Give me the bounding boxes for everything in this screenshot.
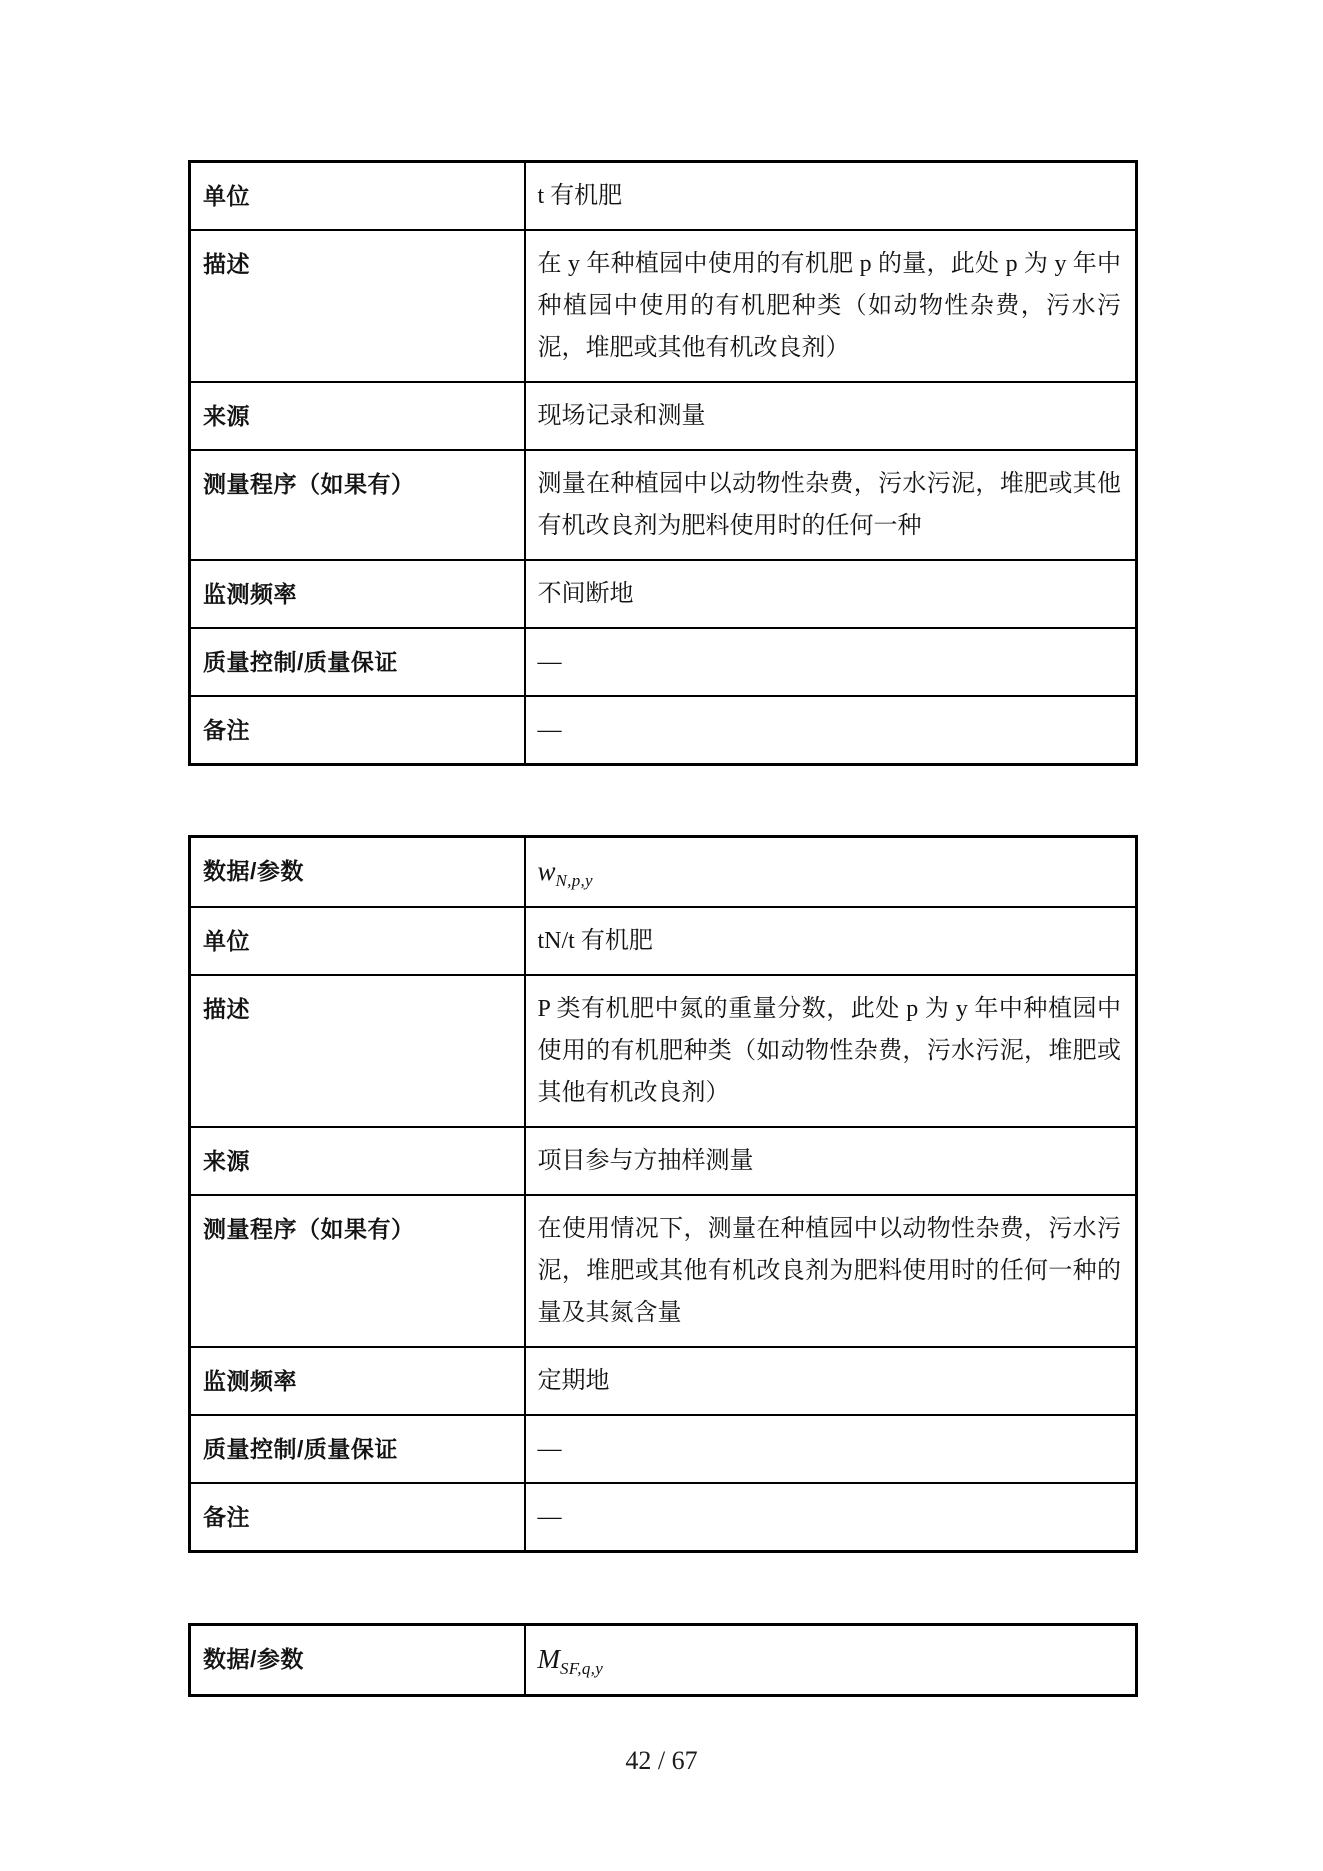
table-row-remarks: 备注 — xyxy=(190,696,1137,765)
row-label-source: 来源 xyxy=(190,382,525,450)
row-label-measurement-procedures: 测量程序（如果有） xyxy=(190,450,525,560)
row-label-remarks: 备注 xyxy=(190,696,525,765)
row-value-unit: tN/t 有机肥 xyxy=(525,907,1137,975)
table-row-source: 来源 现场记录和测量 xyxy=(190,382,1137,450)
row-label-qa-qc: 质量控制/质量保证 xyxy=(190,1415,525,1483)
row-label-unit: 单位 xyxy=(190,162,525,231)
row-value-measurement-procedures: 在使用情况下，测量在种植园中以动物性杂费，污水污泥，堆肥或其他有机改良剂为肥料使… xyxy=(525,1195,1137,1347)
table-row-monitoring-frequency: 监测频率 定期地 xyxy=(190,1347,1137,1415)
row-label-description: 描述 xyxy=(190,975,525,1127)
table-row-qa-qc: 质量控制/质量保证 — xyxy=(190,628,1137,696)
table-row-data-parameter: 数据/参数 MSF,q,y xyxy=(190,1625,1137,1696)
parameter-monitoring-table-1: 单位 t 有机肥 描述 在 y 年种植园中使用的有机肥 p 的量，此处 p 为 … xyxy=(188,160,1138,766)
row-label-source: 来源 xyxy=(190,1127,525,1195)
parameter-symbol-main: M xyxy=(538,1644,561,1674)
table-row-description: 描述 P 类有机肥中氮的重量分数，此处 p 为 y 年中种植园中使用的有机肥种类… xyxy=(190,975,1137,1127)
row-label-monitoring-frequency: 监测频率 xyxy=(190,1347,525,1415)
table-row-unit: 单位 tN/t 有机肥 xyxy=(190,907,1137,975)
row-value-qa-qc: — xyxy=(525,1415,1137,1483)
row-label-data-parameter: 数据/参数 xyxy=(190,1625,525,1696)
row-label-description: 描述 xyxy=(190,230,525,382)
row-value-data-parameter: wN,p,y xyxy=(525,837,1137,908)
table-row-qa-qc: 质量控制/质量保证 — xyxy=(190,1415,1137,1483)
row-label-remarks: 备注 xyxy=(190,1483,525,1552)
table-row-source: 来源 项目参与方抽样测量 xyxy=(190,1127,1137,1195)
table-row-remarks: 备注 — xyxy=(190,1483,1137,1552)
parameter-symbol: wN,p,y xyxy=(538,856,593,886)
table-row-description: 描述 在 y 年种植园中使用的有机肥 p 的量，此处 p 为 y 年中种植园中使… xyxy=(190,230,1137,382)
parameter-symbol: MSF,q,y xyxy=(538,1644,604,1674)
table-row-monitoring-frequency: 监测频率 不间断地 xyxy=(190,560,1137,628)
row-value-measurement-procedures: 测量在种植园中以动物性杂费，污水污泥，堆肥或其他有机改良剂为肥料使用时的任何一种 xyxy=(525,450,1137,560)
row-value-remarks: — xyxy=(525,696,1137,765)
row-value-data-parameter: MSF,q,y xyxy=(525,1625,1137,1696)
row-value-unit: t 有机肥 xyxy=(525,162,1137,231)
row-label-data-parameter: 数据/参数 xyxy=(190,837,525,908)
row-value-source: 现场记录和测量 xyxy=(525,382,1137,450)
row-value-monitoring-frequency: 定期地 xyxy=(525,1347,1137,1415)
table-row-measurement-procedures: 测量程序（如果有） 在使用情况下，测量在种植园中以动物性杂费，污水污泥，堆肥或其… xyxy=(190,1195,1137,1347)
parameter-monitoring-table-2: 数据/参数 wN,p,y 单位 tN/t 有机肥 描述 P 类有机肥中氮的重量分… xyxy=(188,835,1138,1553)
row-label-qa-qc: 质量控制/质量保证 xyxy=(190,628,525,696)
document-page: 单位 t 有机肥 描述 在 y 年种植园中使用的有机肥 p 的量，此处 p 为 … xyxy=(0,0,1323,1871)
table-row-unit: 单位 t 有机肥 xyxy=(190,162,1137,231)
table-row-measurement-procedures: 测量程序（如果有） 测量在种植园中以动物性杂费，污水污泥，堆肥或其他有机改良剂为… xyxy=(190,450,1137,560)
row-value-description: 在 y 年种植园中使用的有机肥 p 的量，此处 p 为 y 年中种植园中使用的有… xyxy=(525,230,1137,382)
parameter-symbol-subscript: SF,q,y xyxy=(560,1659,603,1678)
row-value-description: P 类有机肥中氮的重量分数，此处 p 为 y 年中种植园中使用的有机肥种类（如动… xyxy=(525,975,1137,1127)
parameter-symbol-main: w xyxy=(538,856,556,886)
row-value-monitoring-frequency: 不间断地 xyxy=(525,560,1137,628)
row-label-unit: 单位 xyxy=(190,907,525,975)
page-number: 42 / 67 xyxy=(0,1746,1323,1776)
row-value-remarks: — xyxy=(525,1483,1137,1552)
parameter-monitoring-table-3: 数据/参数 MSF,q,y xyxy=(188,1623,1138,1697)
parameter-symbol-subscript: N,p,y xyxy=(556,871,593,890)
row-label-monitoring-frequency: 监测频率 xyxy=(190,560,525,628)
row-label-measurement-procedures: 测量程序（如果有） xyxy=(190,1195,525,1347)
table-row-data-parameter: 数据/参数 wN,p,y xyxy=(190,837,1137,908)
row-value-source: 项目参与方抽样测量 xyxy=(525,1127,1137,1195)
row-value-qa-qc: — xyxy=(525,628,1137,696)
